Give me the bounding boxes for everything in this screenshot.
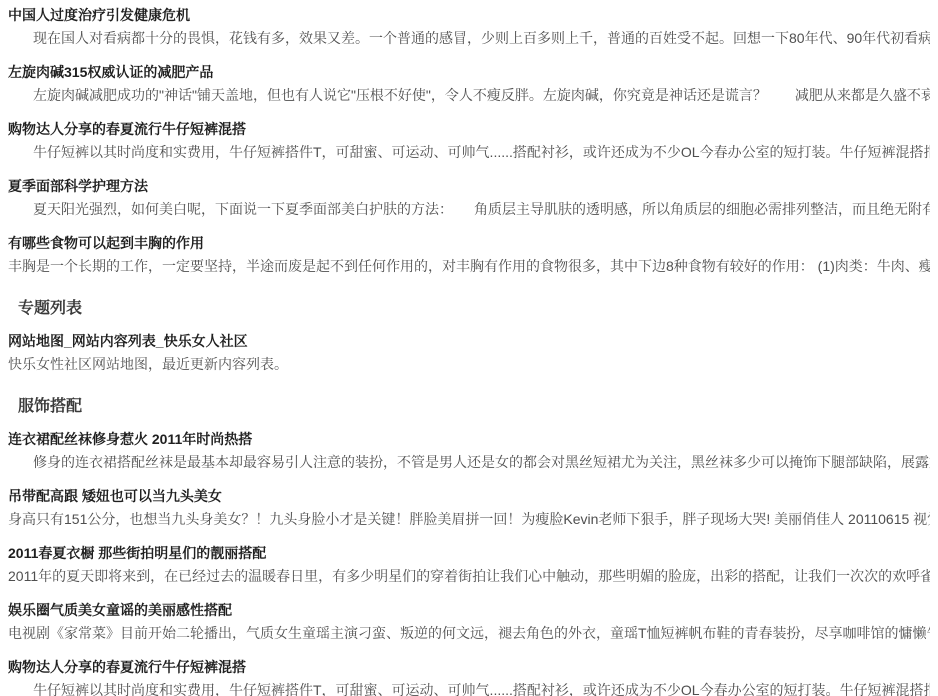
- article-title-link[interactable]: 购物达人分享的春夏流行牛仔短裤混搭: [8, 659, 930, 675]
- article-title-link[interactable]: 夏季面部科学护理方法: [8, 178, 930, 194]
- section-header-topics: 专题列表: [18, 300, 930, 318]
- article-item: 娱乐圈气质美女童谣的美丽感性搭配 电视剧《家常菜》目前开始二轮播出，气质女生童瑶…: [8, 602, 930, 641]
- section-header-fashion: 服饰搭配: [18, 398, 930, 416]
- article-excerpt: 牛仔短裤以其时尚度和实费用，牛仔短裤搭件T，可甜蜜、可运动、可帅气......搭…: [8, 144, 930, 160]
- sitemap-content-list: 中国人过度治疗引发健康危机 现在国人对看病都十分的畏惧，花钱有多，效果又差。一个…: [0, 0, 938, 696]
- article-excerpt: 牛仔短裤以其时尚度和实费用，牛仔短裤搭件T，可甜蜜、可运动、可帅气......搭…: [8, 682, 930, 696]
- article-title-link[interactable]: 有哪些食物可以起到丰胸的作用: [8, 235, 930, 251]
- article-item: 有哪些食物可以起到丰胸的作用 丰胸是一个长期的工作，一定要坚持，半途而废是起不到…: [8, 235, 930, 274]
- article-item: 2011春夏衣橱 那些街拍明星们的靓丽搭配 2011年的夏天即将来到，在已经过去…: [8, 545, 930, 584]
- article-title-link[interactable]: 网站地图_网站内容列表_快乐女人社区: [8, 333, 930, 349]
- article-item: 左旋肉碱315权威认证的减肥产品 左旋肉碱减肥成功的"神话"铺天盖地，但也有人说…: [8, 64, 930, 103]
- article-excerpt: 快乐女性社区网站地图，最近更新内容列表。: [8, 356, 930, 372]
- article-title-link[interactable]: 中国人过度治疗引发健康危机: [8, 7, 930, 23]
- article-item: 夏季面部科学护理方法 夏天阳光强烈，如何美白呢，下面说一下夏季面部美白护肤的方法…: [8, 178, 930, 217]
- article-excerpt: 身高只有151公分，也想当九头身美女？！九头身脸小才是关键！胖脸美眉拼一回！为瘦…: [8, 511, 930, 527]
- article-item: 吊带配高跟 矮妞也可以当九头美女 身高只有151公分，也想当九头身美女？！九头身…: [8, 488, 930, 527]
- article-excerpt: 修身的连衣裙搭配丝袜是最基本却最容易引人注意的装扮，不管是男人还是女的都会对黑丝…: [8, 454, 930, 470]
- article-title-link[interactable]: 吊带配高跟 矮妞也可以当九头美女: [8, 488, 930, 504]
- article-title-link[interactable]: 2011春夏衣橱 那些街拍明星们的靓丽搭配: [8, 545, 930, 561]
- article-excerpt: 夏天阳光强烈，如何美白呢，下面说一下夏季面部美白护肤的方法： 角质层主导肌肤的透…: [8, 201, 930, 217]
- article-item: 中国人过度治疗引发健康危机 现在国人对看病都十分的畏惧，花钱有多，效果又差。一个…: [8, 7, 930, 46]
- article-title-link[interactable]: 购物达人分享的春夏流行牛仔短裤混搭: [8, 121, 930, 137]
- article-item: 购物达人分享的春夏流行牛仔短裤混搭 牛仔短裤以其时尚度和实费用，牛仔短裤搭件T，…: [8, 659, 930, 696]
- article-item: 连衣裙配丝袜修身惹火 2011年时尚热搭 修身的连衣裙搭配丝袜是最基本却最容易引…: [8, 431, 930, 470]
- article-excerpt: 2011年的夏天即将来到，在已经过去的温暖春日里，有多少明星们的穿着街拍让我们心…: [8, 568, 930, 584]
- article-excerpt: 丰胸是一个长期的工作，一定要坚持，半途而废是起不到任何作用的，对丰胸有作用的食物…: [8, 258, 930, 274]
- article-item: 购物达人分享的春夏流行牛仔短裤混搭 牛仔短裤以其时尚度和实费用，牛仔短裤搭件T，…: [8, 121, 930, 160]
- article-excerpt: 现在国人对看病都十分的畏惧，花钱有多，效果又差。一个普通的感冒，少则上百多则上千…: [8, 30, 930, 46]
- article-item: 网站地图_网站内容列表_快乐女人社区 快乐女性社区网站地图，最近更新内容列表。: [8, 333, 930, 372]
- article-title-link[interactable]: 左旋肉碱315权威认证的减肥产品: [8, 64, 930, 80]
- article-title-link[interactable]: 娱乐圈气质美女童谣的美丽感性搭配: [8, 602, 930, 618]
- article-title-link[interactable]: 连衣裙配丝袜修身惹火 2011年时尚热搭: [8, 431, 930, 447]
- article-excerpt: 电视剧《家常菜》目前开始二轮播出，气质女生童瑶主演刁蛮、叛逆的何文远，褪去角色的…: [8, 625, 930, 641]
- article-excerpt: 左旋肉碱减肥成功的"神话"铺天盖地，但也有人说它"压根不好使"，令人不瘦反胖。左…: [8, 87, 930, 103]
